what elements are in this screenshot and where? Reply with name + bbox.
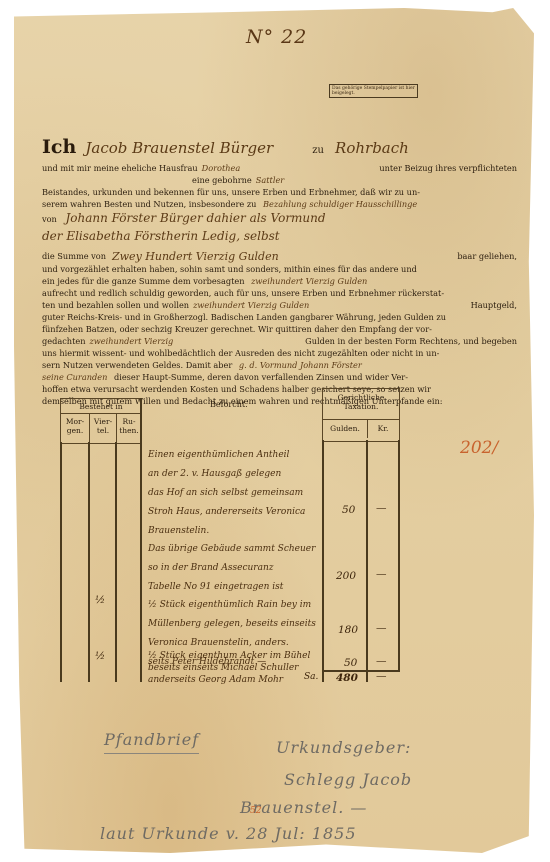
description-line: an der 2. v. Hausgaß gelegen: [148, 465, 320, 484]
column-header-ruthen: Ru-then.: [117, 414, 141, 442]
viertel-value: ½: [95, 594, 105, 606]
printed-text: Beistandes, urkunden und bekennen für un…: [42, 187, 420, 197]
handwritten-text: Bezahlung schuldiger Hausschillinge: [263, 199, 417, 209]
red-small-annotation: 52: [250, 806, 261, 816]
body-line: aufrecht und redlich schuldig geworden, …: [42, 288, 517, 300]
printed-text: Hauptgeld,: [471, 300, 517, 312]
printed-text: baar geliehen,: [457, 251, 517, 264]
handwritten-text: seine Curanden: [42, 372, 107, 382]
printed-text: unter Beizug ihres verpflichteten: [379, 163, 517, 175]
body-line: seine Curanden dieser Haupt-Summe, deren…: [42, 372, 517, 384]
printed-text: eine gebohrne: [192, 175, 252, 187]
kr-value: —: [376, 502, 387, 514]
viertel-value: ½: [95, 650, 105, 662]
column-divider: [60, 442, 62, 682]
printed-text: serem wahren Besten und Nutzen, insbeson…: [42, 199, 256, 209]
table-row: Das übrige Gebäude sammt Scheuer so in d…: [148, 540, 320, 597]
kr-header: Kr.: [368, 420, 398, 438]
opening-word: Ich: [42, 136, 76, 158]
pencil-note-line: Urkundsgeber:: [276, 738, 411, 757]
description-line: Einen eigenthümlichen Antheil: [148, 446, 320, 465]
body-line: und mit mir meine eheliche Hausfrau Doro…: [42, 163, 517, 175]
handwritten-text: zweihundert Vierzig: [89, 336, 173, 348]
table-row: ½ Stück eigenthum Acker im Bühel beseits…: [148, 650, 320, 686]
kr-value: —: [376, 568, 387, 580]
description-line: so in der Brand Assecuranz: [148, 559, 320, 578]
taxation-header-label: Gerichtliche Taxation.: [323, 389, 399, 420]
handwritten-text: der Elisabetha Förstherin Ledig, selbst: [42, 229, 280, 243]
description-line: ½ Stück eigenthümlich Rain bey im: [148, 596, 320, 615]
group-header-label: Bestehet in: [61, 399, 141, 414]
total-label: Sa.: [304, 672, 318, 682]
description-line: anderseits Georg Adam Mohr: [148, 674, 320, 686]
printed-text: aufrecht und redlich schuldig geworden, …: [42, 288, 444, 298]
kr-value: —: [376, 655, 387, 667]
body-line: uns hiermit wissent- und wohlbedächtlich…: [42, 348, 517, 360]
red-margin-annotation: 202/: [460, 438, 498, 458]
body-line: ten und bezahlen sollen und wollen zweih…: [42, 300, 517, 312]
handwritten-text: zweihundert Vierzig Gulden: [193, 300, 309, 312]
body-line: guter Reichs-Kreis- und in Großherzogl. …: [42, 312, 517, 324]
column-divider: [115, 442, 117, 682]
pencil-note-line: Schlegg Jacob: [284, 770, 412, 789]
zu-label: zu: [312, 145, 324, 156]
printed-text: dieser Haupt-Summe, deren davon verfalle…: [114, 372, 408, 382]
body-line: ein jedes für die ganze Summe dem vorbes…: [42, 276, 517, 288]
gulden-header: Gulden.: [323, 420, 368, 438]
handwritten-text: Sattler: [256, 175, 284, 187]
document-number: N° 22: [246, 26, 307, 48]
handwritten-text: Dorothea: [202, 163, 292, 175]
body-text: und mit mir meine eheliche Hausfrau Doro…: [42, 163, 517, 408]
printed-text: und mit mir meine eheliche Hausfrau: [42, 163, 198, 175]
kr-value: —: [376, 622, 387, 634]
column-divider: [88, 442, 90, 682]
subheader-row: Mor-gen. Vier-tel. Ru-then.: [61, 414, 141, 442]
printed-text: und vorgezählet erhalten haben, sohin sa…: [42, 264, 417, 274]
printed-text: die Summe von: [42, 251, 106, 264]
printed-text: von: [42, 214, 57, 224]
document-page: N° 22 Das gehörige Stempelpapier ist hie…: [14, 8, 534, 853]
description-line: Müllenberg gelegen, beseits einseits: [148, 615, 320, 634]
gulden-value: 180: [338, 624, 358, 636]
column-divider: [322, 440, 324, 682]
bestehet-header: Bestehet in Mor-gen. Vier-tel. Ru-then.: [60, 398, 142, 444]
description-line: Tabelle No 91 eingetragen ist: [148, 578, 320, 597]
description-line: Das übrige Gebäude sammt Scheuer: [148, 540, 320, 559]
description-line: das Hof an sich selbst gemeinsam: [148, 484, 320, 503]
body-line: der Elisabetha Förstherin Ledig, selbst: [42, 231, 517, 251]
description-line: Brauenstelin.: [148, 522, 320, 541]
stamp-notice-box: Das gehörige Stempelpapier ist hier beig…: [329, 84, 418, 98]
taxation-subheader: Gulden. Kr.: [323, 420, 399, 438]
printed-text: sern Nutzen verwendeten Geldes. Damit ab…: [42, 360, 232, 370]
printed-text: guter Reichs-Kreis- und in Großherzogl. …: [42, 312, 446, 322]
column-divider: [140, 398, 142, 682]
table-row: Einen eigenthümlichen Antheil an der 2. …: [148, 446, 320, 541]
gulden-value: 50: [342, 504, 355, 516]
printed-text: ein jedes für die ganze Summe dem vorbes…: [42, 276, 245, 286]
place-name: Rohrbach: [335, 139, 409, 157]
description-line: ½ Stück eigenthum Acker im Bühel: [148, 650, 320, 662]
column-divider: [398, 440, 400, 670]
total-rule: [322, 670, 400, 672]
printed-text: gedachten: [42, 336, 85, 348]
handwritten-text: Johann Förster Bürger dahier als Vormund: [65, 211, 325, 225]
handwritten-text: g. d. Vormund Johann Förster: [239, 360, 362, 370]
handwritten-text: zweihundert Vierzig Gulden: [251, 276, 367, 286]
pencil-note-date: laut Urkunde v. 28 Jul: 1855: [100, 824, 357, 843]
main-column-header: Beforcht.: [210, 400, 248, 409]
description-line: beseits einseits Michael Schuller: [148, 662, 320, 674]
total-gulden: 480: [336, 672, 358, 684]
gulden-value: 200: [336, 570, 356, 582]
body-line: die Summe von Zwey Hundert Vierzig Gulde…: [42, 251, 517, 264]
column-header-viertel: Vier-tel.: [90, 414, 117, 442]
body-line: fünfzehen Batzen, oder sechzig Kreuzer g…: [42, 324, 517, 336]
printed-text: uns hiermit wissent- und wohlbedächtlich…: [42, 348, 439, 358]
printed-text: fünfzehen Batzen, oder sechzig Kreuzer g…: [42, 324, 432, 334]
description-line: Stroh Haus, andererseits Veronica: [148, 503, 320, 522]
column-header-morgen: Mor-gen.: [61, 414, 90, 442]
pencil-note-pfandbrief: Pfandbrief: [104, 730, 199, 754]
printed-text: Gulden in der besten Form Rechtens, und …: [305, 336, 517, 348]
total-kr: —: [376, 670, 387, 682]
opening-line: Ich Jacob Brauenstel Bürger zu Rohrbach: [42, 136, 512, 160]
taxation-header: Gerichtliche Taxation. Gulden. Kr.: [322, 388, 400, 442]
debtor-name: Jacob Brauenstel Bürger: [85, 139, 273, 157]
body-line: sern Nutzen verwendeten Geldes. Damit ab…: [42, 360, 517, 372]
body-line: Beistandes, urkunden und bekennen für un…: [42, 187, 517, 199]
printed-text: ten und bezahlen sollen und wollen: [42, 300, 189, 312]
column-divider: [366, 440, 368, 682]
gulden-value: 50: [344, 657, 357, 669]
body-line: und vorgezählet erhalten haben, sohin sa…: [42, 264, 517, 276]
handwritten-text: Zwey Hundert Vierzig Gulden: [112, 251, 279, 264]
body-line: eine gebohrne Sattler: [42, 175, 517, 187]
property-table: Bestehet in Mor-gen. Vier-tel. Ru-then. …: [60, 388, 450, 688]
body-line: gedachten zweihundert Vierzig Gulden in …: [42, 336, 517, 348]
